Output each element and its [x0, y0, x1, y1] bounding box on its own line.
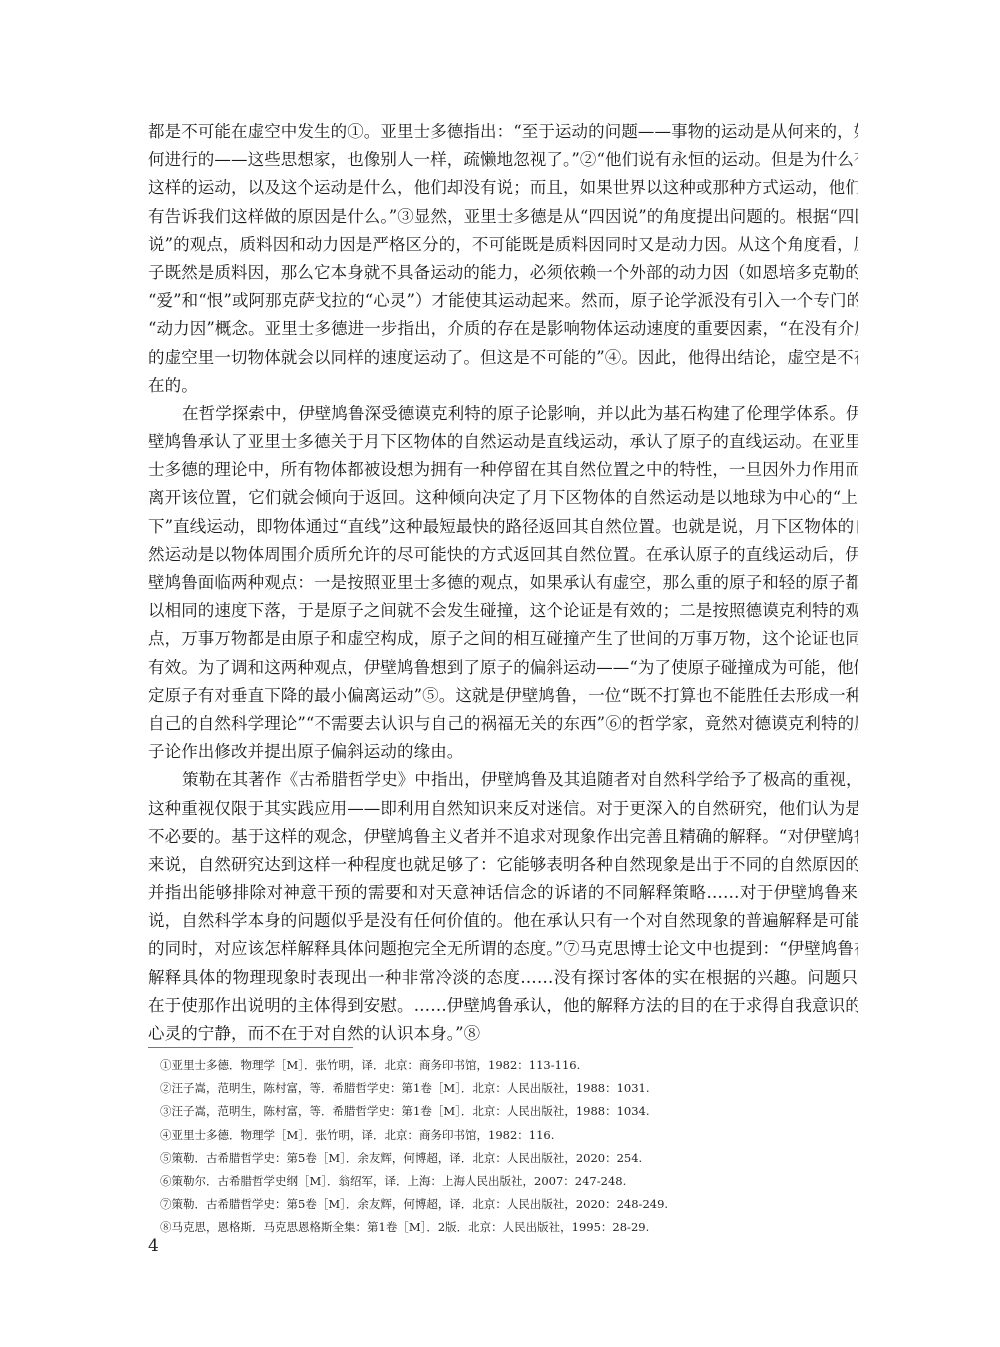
text-line: 子既然是质料因，那么它本身就不具备运动的能力，必须依赖一个外部的动力因（如恩培多… — [148, 259, 858, 287]
text-line: 定原子有对垂直下降的最小偏离运动”⑤。这就是伊壁鸠鲁，一位“既不打算也不能胜任去… — [148, 682, 858, 710]
text-line: “爱”和“恨”或阿那克萨戈拉的“心灵”）才能使其运动起来。然而，原子论学派没有引… — [148, 287, 858, 315]
paragraph-start-line: 在哲学探索中，伊壁鸠鲁深受德谟克利特的原子论影响，并以此为基石构建了伦理学体系。… — [148, 400, 858, 428]
text-line: 都是不可能在虚空中发生的①。亚里士多德指出：“至于运动的问题——事物的运动是从何… — [148, 118, 858, 146]
footnote-4: ④亚里士多德．物理学［M］．张竹明，译．北京：商务印书馆，1982：116. — [160, 1124, 760, 1147]
text-line: 解释具体的物理现象时表现出一种非常冷淡的态度……没有探讨客体的实在根据的兴趣。问… — [148, 964, 858, 992]
footnote-3: ③汪子嵩，范明生，陈村富，等．希腊哲学史：第1卷［M］．北京：人民出版社，198… — [160, 1100, 760, 1123]
text-line: 说”的观点，质料因和动力因是严格区分的，不可能既是质料因同时又是动力因。从这个角… — [148, 231, 858, 259]
text-line: 自己的自然科学理论”“不需要去认识与自己的祸福无关的东西”⑥的哲学家，竟然对德谟… — [148, 710, 858, 738]
footnote-6: ⑥策勒尔．古希腊哲学史纲［M］．翁绍军，译．上海：上海人民出版社，2007：24… — [160, 1170, 760, 1193]
text-line: 壁鸠鲁面临两种观点：一是按照亚里士多德的观点，如果承认有虚空，那么重的原子和轻的… — [148, 569, 858, 597]
footnote-8: ⑧马克思，恩格斯．马克思恩格斯全集：第1卷［M］．2版．北京：人民出版社，199… — [160, 1216, 760, 1239]
page-number: 4 — [148, 1236, 159, 1256]
text-line: 以相同的速度下落，于是原子之间就不会发生碰撞，这个论证是有效的；二是按照德谟克利… — [148, 597, 858, 625]
text-line: 点，万事万物都是由原子和虚空构成，原子之间的相互碰撞产生了世间的万事万物，这个论… — [148, 625, 858, 653]
text-line: 离开该位置，它们就会倾向于返回。这种倾向决定了月下区物体的自然运动是以地球为中心… — [148, 484, 858, 512]
text-line: “动力因”概念。亚里士多德进一步指出，介质的存在是影响物体运动速度的重要因素，“… — [148, 315, 858, 343]
text-line: 的同时，对应该怎样解释具体问题抱完全无所谓的态度。”⑦马克思博士论文中也提到：“… — [148, 935, 858, 963]
text-line: 有告诉我们这样做的原因是什么。”③显然，亚里士多德是从“四因说”的角度提出问题的… — [148, 203, 858, 231]
footnote-2: ②汪子嵩，范明生，陈村富，等．希腊哲学史：第1卷［M］．北京：人民出版社，198… — [160, 1077, 760, 1100]
text-line: 的虚空里一切物体就会以同样的速度运动了。但这是不可能的”④。因此，他得出结论，虚… — [148, 344, 858, 372]
text-line: 有效。为了调和这两种观点，伊壁鸠鲁想到了原子的偏斜运动——“为了使原子碰撞成为可… — [148, 654, 858, 682]
main-text: 都是不可能在虚空中发生的①。亚里士多德指出：“至于运动的问题——事物的运动是从何… — [148, 118, 858, 1048]
text-line: 这样的运动，以及这个运动是什么，他们却没有说；而且，如果世界以这种或那种方式运动… — [148, 174, 858, 202]
text-line: 壁鸠鲁承认了亚里士多德关于月下区物体的自然运动是直线运动，承认了原子的直线运动。… — [148, 428, 858, 456]
footnote-5: ⑤策勒．古希腊哲学史：第5卷［M］．余友辉，何博超，译．北京：人民出版社，202… — [160, 1147, 760, 1170]
footnote-divider — [148, 1047, 353, 1048]
text-line: 何进行的——这些思想家，也像别人一样，疏懒地忽视了。”②“他们说有永恒的运动。但… — [148, 146, 858, 174]
paragraph-start-line: 策勒在其著作《古希腊哲学史》中指出，伊壁鸠鲁及其追随者对自然科学给予了极高的重视… — [148, 766, 858, 794]
text-line: 来说，自然研究达到这样一种程度也就足够了：它能够表明各种自然现象是出于不同的自然… — [148, 851, 858, 879]
text-line: 不必要的。基于这样的观念，伊壁鸠鲁主义者并不追求对现象作出完善且精确的解释。“对… — [148, 823, 858, 851]
text-line: 然运动是以物体周围介质所允许的尽可能快的方式返回其自然位置。在承认原子的直线运动… — [148, 541, 858, 569]
footnote-7: ⑦策勒．古希腊哲学史：第5卷［M］．余友辉，何博超，译．北京：人民出版社，202… — [160, 1193, 760, 1216]
text-line: 说，自然科学本身的问题似乎是没有任何价值的。他在承认只有一个对自然现象的普遍解释… — [148, 907, 858, 935]
text-line: 士多德的理论中，所有物体都被设想为拥有一种停留在其自然位置之中的特性，一旦因外力… — [148, 456, 858, 484]
text-line: 这种重视仅限于其实践应用——即利用自然知识来反对迷信。对于更深入的自然研究，他们… — [148, 795, 858, 823]
text-line: 心灵的宁静，而不在于对自然的认识本身。”⑧ — [148, 1020, 858, 1048]
footnotes: ①亚里士多德．物理学［M］．张竹明，译．北京：商务印书馆，1982：113-11… — [160, 1054, 760, 1240]
text-line: 子论作出修改并提出原子偏斜运动的缘由。 — [148, 738, 858, 766]
text-line: 在的。 — [148, 372, 858, 400]
footnote-1: ①亚里士多德．物理学［M］．张竹明，译．北京：商务印书馆，1982：113-11… — [160, 1054, 760, 1077]
text-line: 下”直线运动，即物体通过“直线”这种最短最快的路径返回其自然位置。也就是说，月下… — [148, 513, 858, 541]
text-line: 在于使那作出说明的主体得到安慰。……伊壁鸠鲁承认，他的解释方法的目的在于求得自我… — [148, 992, 858, 1020]
text-line: 并指出能够排除对神意干预的需要和对天意神话信念的诉诸的不同解释策略……对于伊壁鸠… — [148, 879, 858, 907]
